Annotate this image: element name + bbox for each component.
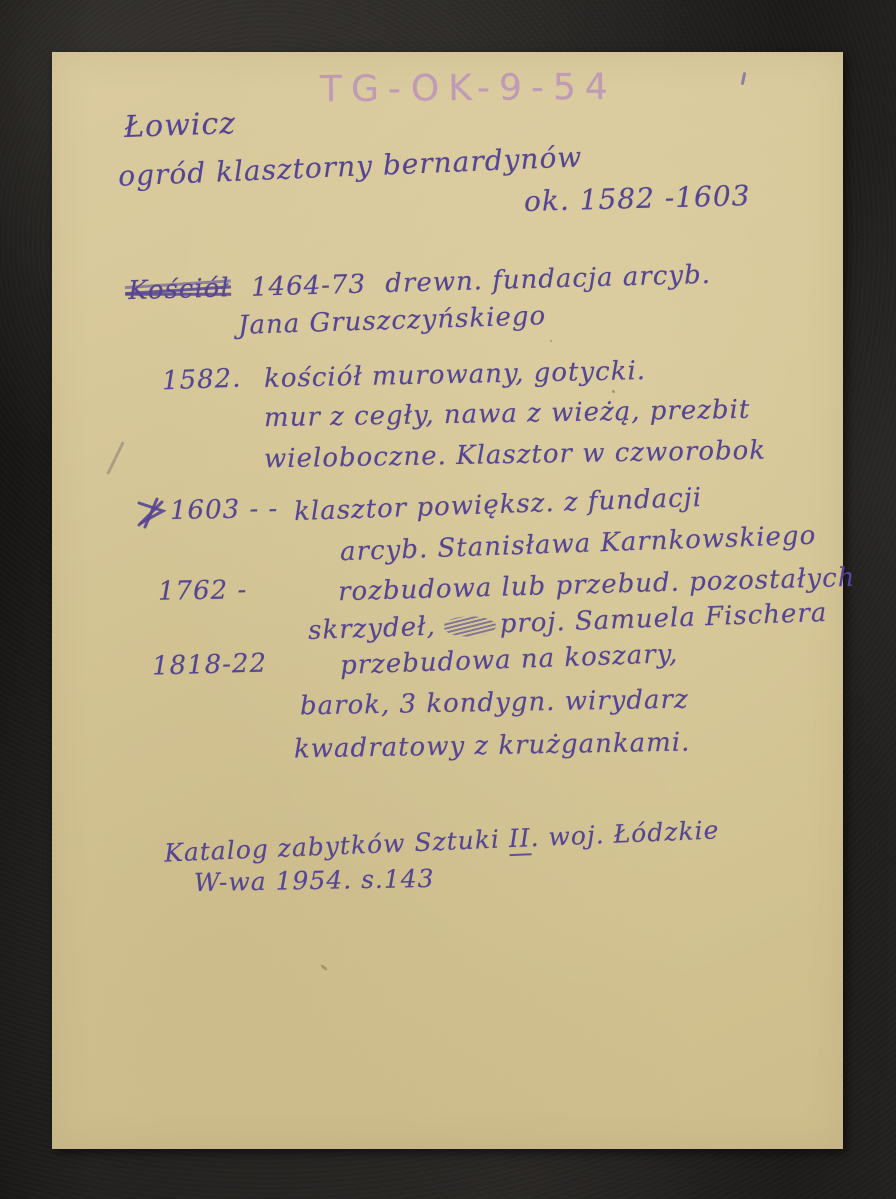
subject-line: ogród klasztorny bernardynów <box>118 140 583 192</box>
entry-1762-date: 1762 - <box>158 575 248 607</box>
entry-text: proj. Samuela Fischera <box>499 598 828 639</box>
entry-date: 1464-73 <box>251 269 367 302</box>
ink-scribble-blot <box>443 616 496 638</box>
entry-1582-date: 1582. <box>162 364 242 397</box>
entry-1818-line2: barok, 3 kondygn. wirydarz <box>300 685 689 722</box>
citation-line2: W-wa 1954. s.143 <box>194 864 435 897</box>
entry-1603-line2: arcyb. Stanisława Karnkowskiego <box>340 521 817 568</box>
archival-index-card: TG-OK-9-54 Łowicz ogród klasztorny berna… <box>52 52 843 1149</box>
paper-speck <box>612 390 615 393</box>
entry-1818-date: 1818-22 <box>152 648 268 681</box>
entry-1582-line1: kościół murowany, gotycki. <box>264 356 647 394</box>
citation-text: Katalog zabytków Sztuki <box>164 824 510 867</box>
archive-reference-code: TG-OK-9-54 <box>320 67 617 111</box>
header-date-range: ok. 1582 -1603 <box>524 179 751 218</box>
entry-1603-line1: klasztor powiększ. z fundacji <box>294 483 703 527</box>
paper-speck <box>550 340 552 342</box>
entry-text: drewn. fundacja arcyb. <box>385 260 711 299</box>
entry-1818-line3: kwadratowy z krużgankami. <box>294 728 691 765</box>
entry-1582-line2: mur z cegły, nawa z wieżą, prezbit <box>264 395 751 433</box>
entry-1582-line3: wieloboczne. Klasztor w czworobok <box>264 436 766 475</box>
ink-tick-mark <box>741 72 746 85</box>
entry-1818-line1: przebudowa na koszary, <box>340 639 679 681</box>
citation-volume: II <box>508 823 531 856</box>
place-title: Łowicz <box>123 106 236 145</box>
pencil-slash-mark <box>106 441 124 475</box>
entry-1603-date: 1603 - - <box>170 494 279 526</box>
entry-1464-row: Kościół 1464-73 drewn. fundacja arcyb. <box>128 260 712 306</box>
crossed-arrow-mark <box>136 498 170 528</box>
paper-speck <box>320 964 328 971</box>
struck-word: Kościół <box>128 273 230 306</box>
entry-text: skrzydeł, <box>308 612 437 646</box>
citation-line1: Katalog zabytków Sztuki II. woj. Łódzkie <box>164 815 720 867</box>
entry-1464-line2: Jana Gruszczyńskiego <box>238 301 547 341</box>
citation-text: . woj. Łódzkie <box>530 815 720 852</box>
